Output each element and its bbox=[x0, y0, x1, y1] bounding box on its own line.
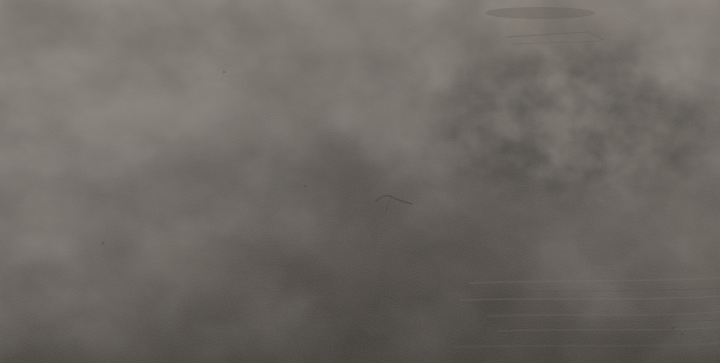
texture-canvas bbox=[0, 0, 720, 363]
film-grain-layer bbox=[0, 0, 720, 363]
concrete-texture-image bbox=[0, 0, 720, 363]
